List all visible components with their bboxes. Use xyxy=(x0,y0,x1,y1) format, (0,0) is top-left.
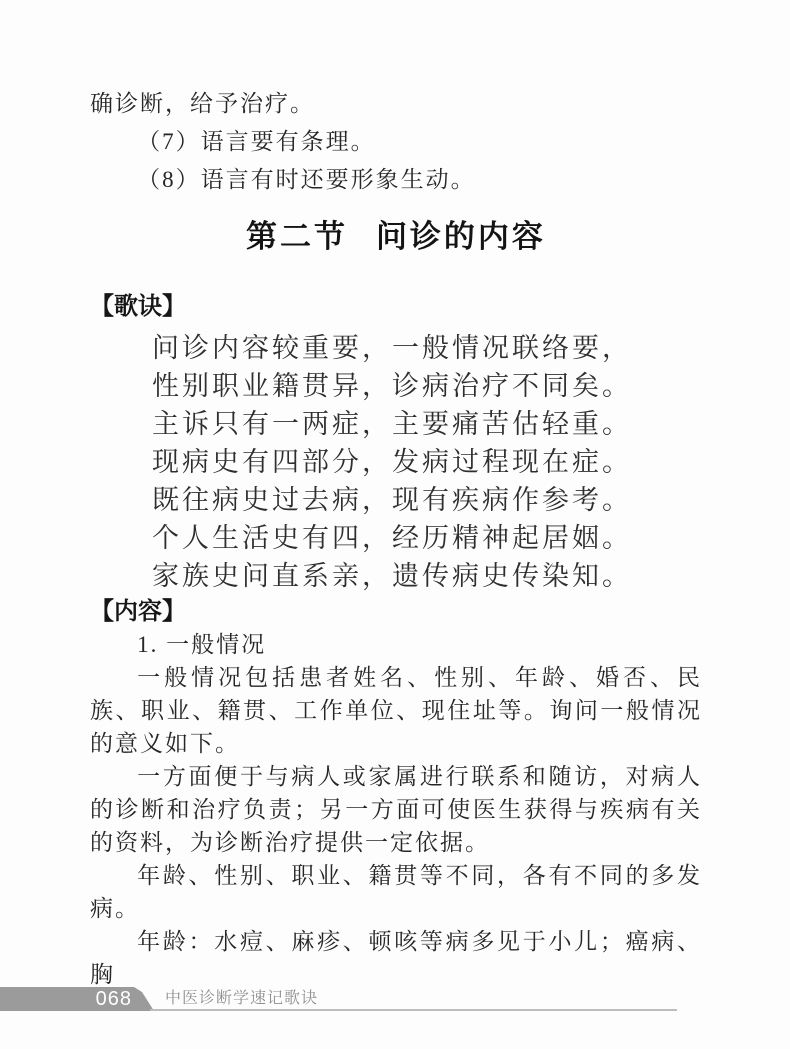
verse-line: 主诉只有一两症，主要痛苦估轻重。 xyxy=(152,405,702,443)
verse-line: 性别职业籍贯异，诊病治疗不同矣。 xyxy=(152,367,702,405)
section-heading: 第二节问诊的内容 xyxy=(90,217,702,257)
footer-book-title: 中医诊断学速记歌诀 xyxy=(165,987,318,1011)
intro-continuation-line: 确诊断，给予治疗。 xyxy=(90,85,702,123)
body-paragraph: 年龄：水痘、麻疹、顿咳等病多见于小儿；癌病、胸 xyxy=(90,925,702,991)
neirong-label: 【内容】 xyxy=(90,596,702,628)
footer-page-number: 068 xyxy=(0,987,132,1011)
body-paragraph: 一方面便于与病人或家属进行联系和随访，对病人的诊断和治疗负责；另一方面可使医生获… xyxy=(90,760,702,859)
book-page: 确诊断，给予治疗。 （7）语言要有条理。 （8）语言有时还要形象生动。 第二节问… xyxy=(0,0,790,1049)
verse-line: 个人生活史有四，经历精神起居姻。 xyxy=(152,519,702,557)
body-paragraph: 一般情况包括患者姓名、性别、年龄、婚否、民族、职业、籍贯、工作单位、现住址等。询… xyxy=(90,661,702,760)
verse-line: 现病史有四部分，发病过程现在症。 xyxy=(152,443,702,481)
gejue-label: 【歌诀】 xyxy=(90,291,702,323)
page-content: 确诊断，给予治疗。 （7）语言要有条理。 （8）语言有时还要形象生动。 第二节问… xyxy=(90,85,702,991)
verse-line: 既往病史过去病，现有疾病作参考。 xyxy=(152,481,702,519)
intro-item-8: （8）语言有时还要形象生动。 xyxy=(90,161,702,199)
section-number: 第二节 xyxy=(246,219,348,254)
intro-item-7: （7）语言要有条理。 xyxy=(90,123,702,161)
gejue-verse: 问诊内容较重要，一般情况联络要， 性别职业籍贯异，诊病治疗不同矣。 主诉只有一两… xyxy=(152,329,702,595)
item-1-title: 1. 一般情况 xyxy=(90,628,702,661)
verse-line: 问诊内容较重要，一般情况联络要， xyxy=(152,329,702,367)
section-title: 问诊的内容 xyxy=(376,219,546,254)
verse-line: 家族史问直系亲，遗传病史传染知。 xyxy=(152,557,702,595)
body-paragraph: 年龄、性别、职业、籍贯等不同，各有不同的多发病。 xyxy=(90,859,702,925)
